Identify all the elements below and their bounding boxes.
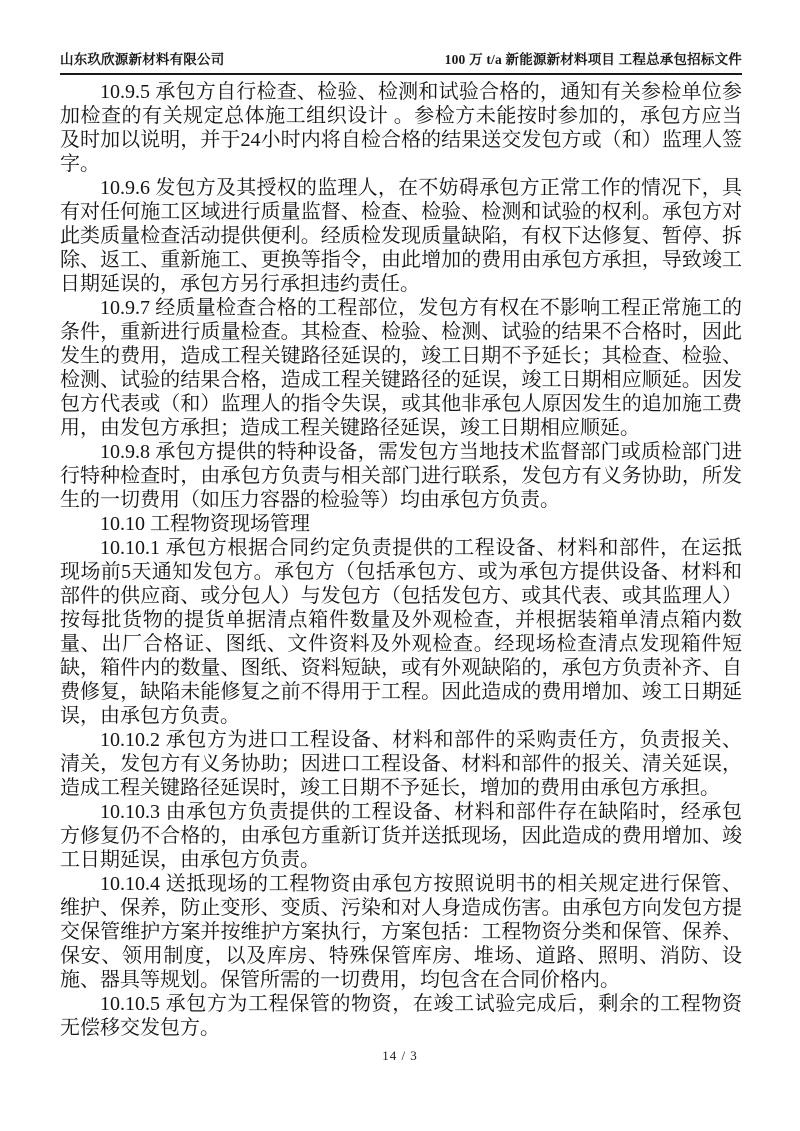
paragraph-10-9-7: 10.9.7 经质量检查合格的工程部位，发包方有权在不影响工程正常施工的条件，重… <box>60 296 742 440</box>
paragraph-10-9-6: 10.9.6 发包方及其授权的监理人，在不妨碍承包方正常工作的情况下，具有对任何… <box>60 176 742 296</box>
header-company-name: 山东玖欣源新材料有限公司 <box>60 48 224 68</box>
paragraph-10-10-1: 10.10.1 承包方根据合同约定负责提供的工程设备、材料和部件，在运抵现场前5… <box>60 536 742 728</box>
paragraph-10-10-4: 10.10.4 送抵现场的工程物资由承包方按照说明书的相关规定进行保管、维护、保… <box>60 872 742 992</box>
document-page: 山东玖欣源新材料有限公司 100 万 t/a 新能源新材料项目 工程总承包招标文… <box>0 0 800 1131</box>
header-document-title: 100 万 t/a 新能源新材料项目 工程总承包招标文件 <box>445 48 742 68</box>
paragraph-10-9-5: 10.9.5 承包方自行检查、检验、检测和试验合格的，通知有关参检单位参加检查的… <box>60 80 742 176</box>
paragraph-10-10-5: 10.10.5 承包方为工程保管的物资，在竣工试验完成后，剩余的工程物资无偿移交… <box>60 992 742 1040</box>
page-footer: 14 / 3 <box>0 1048 800 1064</box>
paragraph-10-10-2: 10.10.2 承包方为进口工程设备、材料和部件的采购责任方，负责报关、清关，发… <box>60 728 742 800</box>
page-number: 14 / 3 <box>382 1048 418 1063</box>
document-body: 10.9.5 承包方自行检查、检验、检测和试验合格的，通知有关参检单位参加检查的… <box>60 80 742 1040</box>
paragraph-10-9-8: 10.9.8 承包方提供的特种设备，需发包方当地技术监督部门或质检部门进行特种检… <box>60 440 742 512</box>
section-heading-10-10: 10.10 工程物资现场管理 <box>60 512 742 536</box>
page-header: 山东玖欣源新材料有限公司 100 万 t/a 新能源新材料项目 工程总承包招标文… <box>60 48 742 75</box>
paragraph-10-10-3: 10.10.3 由承包方负责提供的工程设备、材料和部件存在缺陷时，经承包方修复仍… <box>60 800 742 872</box>
